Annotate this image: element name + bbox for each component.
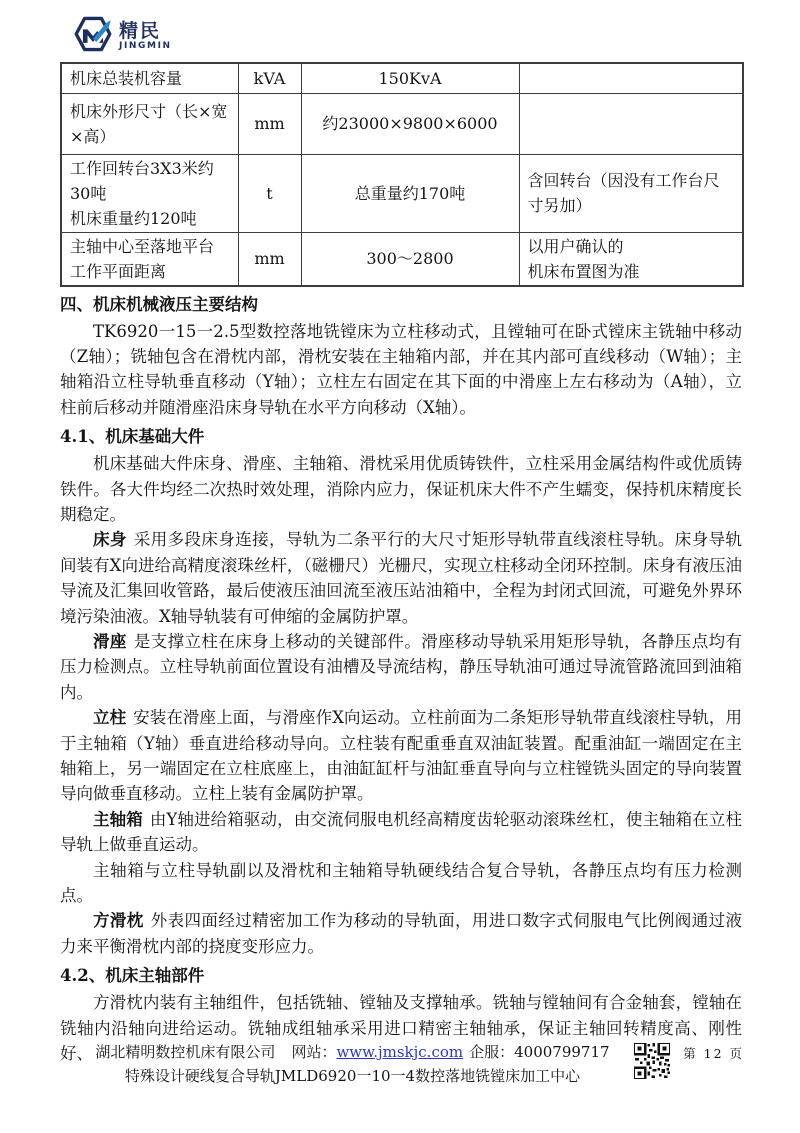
paragraph-text: 是支撑立柱在床身上移动的关键部件。滑座移动导轨采用矩形导轨，各静压点均有压力检测… xyxy=(60,632,742,702)
unit-cell: t xyxy=(238,154,301,232)
paragraph: 方滑枕外表四面经过精密加工作为移动的导轨面，用进口数字式伺服电气比例阀通过液力来… xyxy=(60,908,742,959)
website-label: 网站： xyxy=(291,1043,336,1061)
section-heading: 四、机床机械液压主要结构 xyxy=(60,292,742,317)
unit-cell: kVA xyxy=(238,63,301,93)
paragraph-text: 安装在滑座上面，与滑座作X向运动。立柱前面为二条矩形导轨带直线滚柱导轨，用于主轴… xyxy=(60,708,742,803)
paragraph-lead: 床身 xyxy=(93,530,127,549)
table-row: 机床外形尺寸（长×宽×高） mm 约23000×9800×6000 xyxy=(61,93,743,154)
paragraph-lead: 立柱 xyxy=(93,708,126,727)
paragraph-text: 主轴箱与立柱导轨副以及滑枕和主轴箱导轨硬线结合复合导轨，各静压点均有压力检测点。 xyxy=(60,861,742,905)
spec-name-cell: 工作回转台3X3米约30吨 机床重量约120吨 xyxy=(61,154,238,232)
service-phone: 4000799717 xyxy=(514,1043,609,1061)
paragraph-lead: 方滑枕 xyxy=(93,911,144,930)
document-page: 精民 JINGMIN 机床总装机容量 kVA 150KvA 机床外形尺寸（长×宽… xyxy=(0,0,800,1133)
section-heading: 4.2、机床主轴部件 xyxy=(60,963,742,988)
company-name: 湖北精明数控机床有限公司 xyxy=(95,1043,275,1061)
unit-cell: mm xyxy=(238,93,301,154)
section-heading: 4.1、机床基础大件 xyxy=(60,424,742,449)
paragraph: 机床基础大件床身、滑座、主轴箱、滑枕采用优质铸铁件，立柱采用金属结构件或优质铸铁… xyxy=(60,451,742,527)
value-cell: 约23000×9800×6000 xyxy=(301,93,519,154)
company-logo: 精民 JINGMIN xyxy=(72,14,172,58)
paragraph-text: 采用多段床身连接，导轨为二条平行的大尺寸矩形导轨带直线滚柱导轨。床身导轨间装有X… xyxy=(60,530,742,625)
spec-name-cell: 机床总装机容量 xyxy=(61,63,238,93)
hexagon-m-logo-icon xyxy=(72,14,114,58)
spec-name-cell: 机床外形尺寸（长×宽×高） xyxy=(61,93,238,154)
paragraph: 滑座是支撑立柱在床身上移动的关键部件。滑座移动导轨采用矩形导轨，各静压点均有压力… xyxy=(60,629,742,705)
paragraph: 床身采用多段床身连接，导轨为二条平行的大尺寸矩形导轨带直线滚柱导轨。床身导轨间装… xyxy=(60,527,742,629)
remark-cell: 以用户确认的 机床布置图为准 xyxy=(519,232,743,286)
brand-name-cn: 精民 xyxy=(119,22,172,41)
paragraph: 主轴箱与立柱导轨副以及滑枕和主轴箱导轨硬线结合复合导轨，各静压点均有压力检测点。 xyxy=(60,858,742,909)
remark-cell: 含回转台（因没有工作台尺寸另加） xyxy=(519,154,743,232)
paragraph-text: 外表四面经过精密加工作为移动的导轨面，用进口数字式伺服电气比例阀通过液力来平衡滑… xyxy=(60,911,742,955)
paragraph: 主轴箱由Y轴进给箱驱动，由交流伺服电机经高精度齿轮驱动滚珠丝杠，使主轴箱在立柱导… xyxy=(60,807,742,858)
footer-line-1: 湖北精明数控机床有限公司网站：www.jmskjc.com企服：40007997… xyxy=(75,1041,630,1062)
paragraph-text: 由Y轴进给箱驱动，由交流伺服电机经高精度齿轮驱动滚珠丝杠，使主轴箱在立柱导轨上做… xyxy=(60,810,742,854)
remark-cell xyxy=(519,63,743,93)
unit-cell: mm xyxy=(238,232,301,286)
page-number: 第 12 页 xyxy=(683,1044,744,1062)
table-row: 机床总装机容量 kVA 150KvA xyxy=(61,63,743,93)
brand-name-en: JINGMIN xyxy=(119,42,172,51)
paragraph-text: 机床基础大件床身、滑座、主轴箱、滑枕采用优质铸铁件，立柱采用金属结构件或优质铸铁… xyxy=(60,454,742,524)
value-cell: 总重量约170吨 xyxy=(301,154,519,232)
product-line: 特殊设计硬线复合导轨JMLD6920一10一4数控落地铣镗床加工中心 xyxy=(75,1065,630,1086)
paragraph: TK6920一15一2.5型数控落地铣镗床为立柱移动式，且镗轴可在卧式镗床主铣轴… xyxy=(60,319,742,421)
paragraph-text: TK6920一15一2.5型数控落地铣镗床为立柱移动式，且镗轴可在卧式镗床主铣轴… xyxy=(60,322,742,417)
value-cell: 150KvA xyxy=(301,63,519,93)
remark-cell xyxy=(519,93,743,154)
value-cell: 300～2800 xyxy=(301,232,519,286)
page-content: 机床总装机容量 kVA 150KvA 机床外形尺寸（长×宽×高） mm 约230… xyxy=(60,62,742,1066)
spec-table: 机床总装机容量 kVA 150KvA 机床外形尺寸（长×宽×高） mm 约230… xyxy=(60,62,744,287)
qr-code-icon xyxy=(634,1043,670,1079)
table-row: 主轴中心至落地平台 工作平面距离 mm 300～2800 以用户确认的 机床布置… xyxy=(61,232,743,286)
table-row: 工作回转台3X3米约30吨 机床重量约120吨 t 总重量约170吨 含回转台（… xyxy=(61,154,743,232)
paragraph-lead: 滑座 xyxy=(93,632,127,651)
spec-name-cell: 主轴中心至落地平台 工作平面距离 xyxy=(61,232,238,286)
website-link[interactable]: www.jmskjc.com xyxy=(336,1043,463,1061)
paragraph: 立柱安装在滑座上面，与滑座作X向运动。立柱前面为二条矩形导轨带直线滚柱导轨，用于… xyxy=(60,705,742,807)
paragraph-lead: 主轴箱 xyxy=(93,810,143,829)
body-text: 四、机床机械液压主要结构 TK6920一15一2.5型数控落地铣镗床为立柱移动式… xyxy=(60,292,742,1067)
service-label: 企服： xyxy=(469,1043,514,1061)
